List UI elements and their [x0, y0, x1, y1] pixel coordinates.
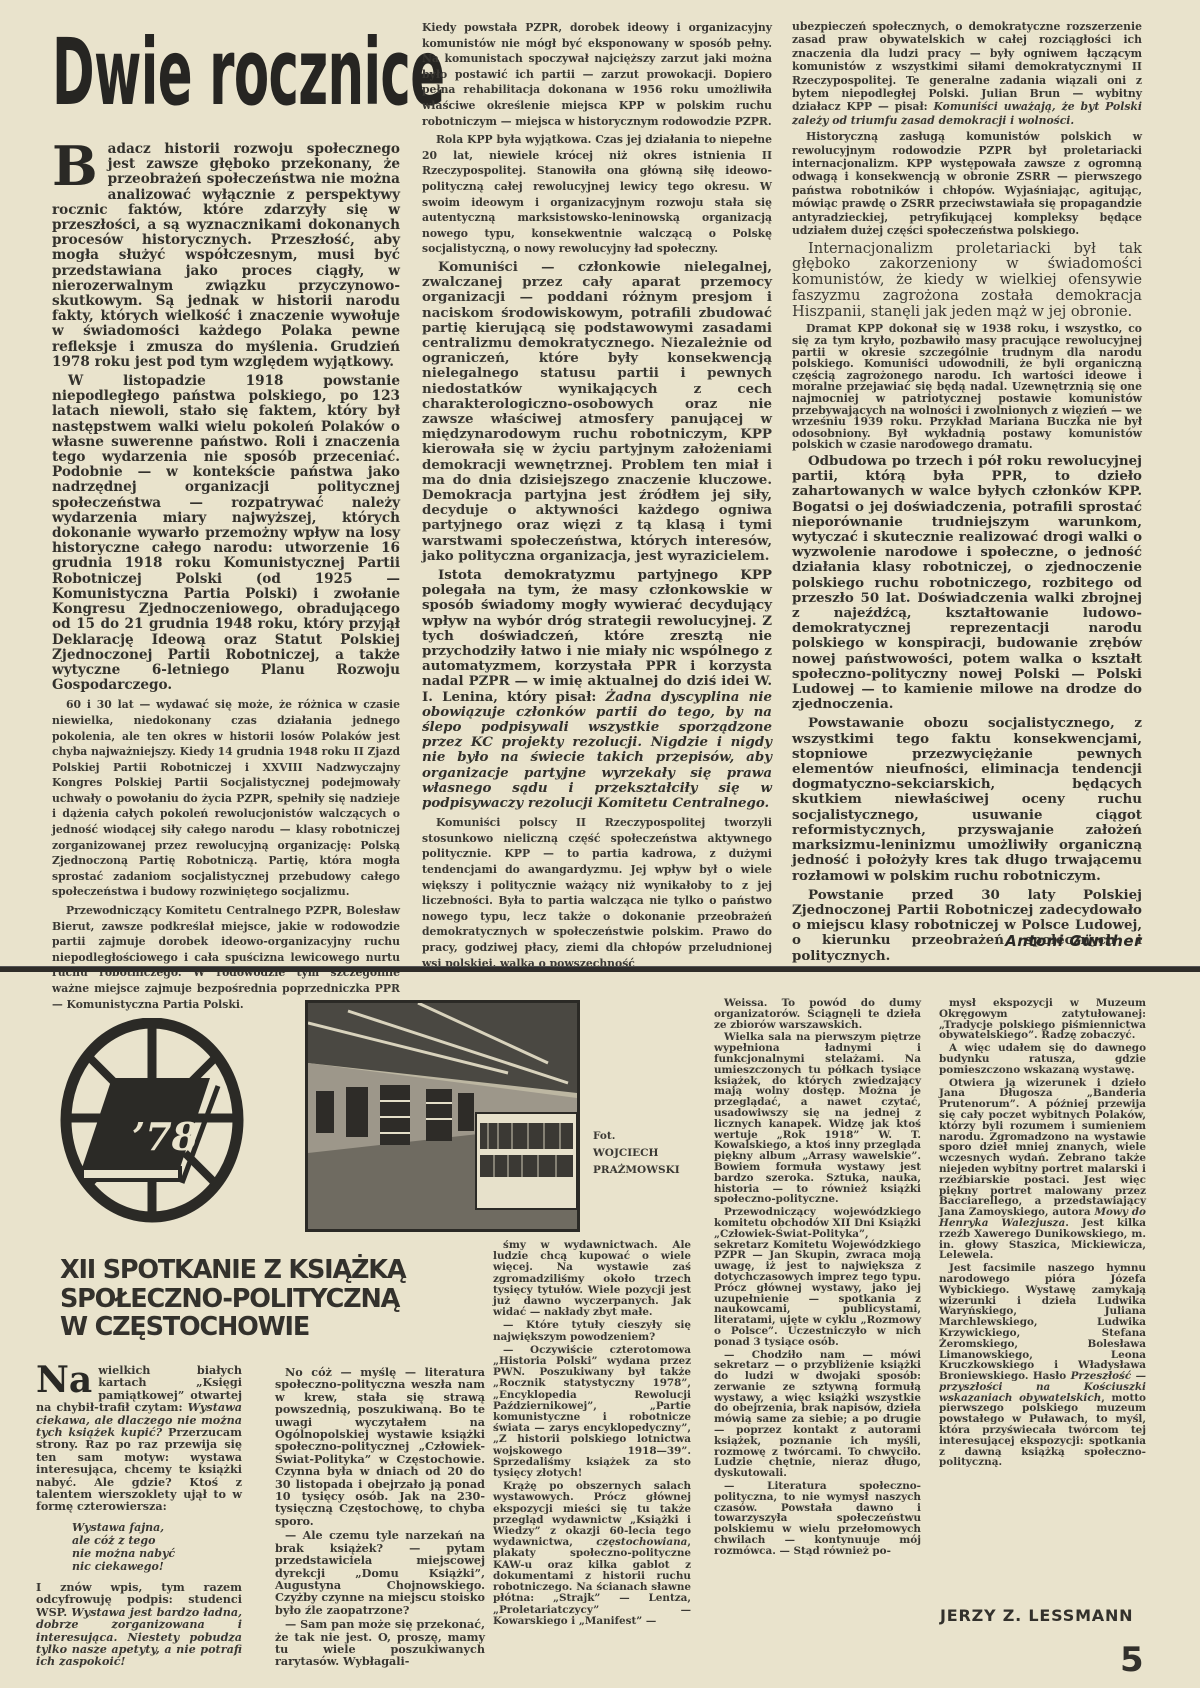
paragraph: Istota demokratyzmu partyjnego KPP poleg…	[422, 568, 772, 811]
paragraph: Powstanie przed 30 laty Polskiej Zjednoc…	[792, 888, 1142, 964]
lead-paragraph: Badacz historii rozwoju społecznego jest…	[52, 142, 400, 370]
bookshelves-photo-icon	[308, 1003, 577, 1229]
lenin-quote: Żadna dyscyplina nie obowiązuje członków…	[422, 689, 772, 811]
paragraph: Przewodniczący wojewódzkiego komitetu ob…	[714, 1207, 921, 1347]
paragraph: Komuniści polscy II Rzeczypospolitej two…	[422, 815, 772, 971]
paragraph: Powstawanie obozu socjalistycznego, z ws…	[792, 716, 1142, 883]
lead-paragraph: Nawielkich białych kartach „Księgi pamią…	[36, 1364, 242, 1513]
paragraph: Jest facsimile naszego hymnu narodowego …	[939, 1263, 1146, 1468]
paragraph: Dramat KPP dokonał się w 1938 roku, i ws…	[792, 323, 1142, 451]
exhibition-hall-photo	[305, 1000, 580, 1232]
book-globe-logo-icon: ’78	[50, 1018, 255, 1223]
paragraph: ubezpieczeń społecznych, o demokratyczne…	[792, 20, 1142, 127]
article-title: XII SPOTKANIE Z KSIĄŻKĄ SPOŁECZNO-POLITY…	[60, 1256, 500, 1342]
paragraph: Krążę po obszernych salach wystawowych. …	[493, 1481, 691, 1627]
photo-credit: Fot. WOJCIECH PRAŻMOWSKI	[593, 1128, 703, 1179]
article1-column-2: Kiedy powstała PZPR, dorobek ideowy i or…	[422, 20, 772, 974]
paragraph: 60 i 30 lat — wydawać się może, że różni…	[52, 697, 400, 900]
article1-column-3: ubezpieczeń społecznych, o demokratyczne…	[792, 20, 1142, 968]
paragraph: Otwiera ją wizerunek i dzieło Jana Długo…	[939, 1078, 1146, 1262]
paragraph: — Sam pan może się przekonać, że tak nie…	[275, 1618, 485, 1668]
paragraph: Kiedy powstała PZPR, dorobek ideowy i or…	[422, 20, 772, 129]
paragraph: Historyczną zasługą komunistów polskich …	[792, 130, 1142, 237]
author-signature: JERZY Z. LESSMANN	[940, 1606, 1150, 1625]
paragraph: mysł ekspozycji w Muzeum Okręgowym zatyt…	[939, 998, 1146, 1041]
paragraph: Odbudowa po trzech i pół roku rewolucyjn…	[792, 454, 1142, 712]
article2-column-3: śmy w wydawnictwach. Ale ludzie chcą kup…	[493, 1240, 691, 1629]
drop-cap: B	[52, 144, 98, 188]
paragraph: Wielka sala na pierwszym piętrze wypełni…	[714, 1032, 921, 1205]
article2-column-4: Weissa. To powód do dumy organizatorów. …	[714, 998, 921, 1559]
paragraph: Rola KPP była wyjątkowa. Czas jej działa…	[422, 132, 772, 257]
paragraph: Komuniści — członkowie nielegalnej, zwal…	[422, 260, 772, 564]
paragraph: W listopadzie 1918 powstanie niepodległe…	[52, 374, 400, 693]
article1-column-1: Badacz historii rozwoju społecznego jest…	[52, 142, 400, 1015]
paragraph: — Literatura społeczno-polityczna, to ni…	[714, 1481, 921, 1557]
author-signature: Antoni Günther	[880, 932, 1142, 950]
newspaper-page: Dwie rocznice Badacz historii rozwoju sp…	[0, 0, 1200, 1688]
paragraph: I znów wpis, tym razem odcyfrowuję podpi…	[36, 1581, 242, 1668]
paragraph: śmy w wydawnictwach. Ale ludzie chcą kup…	[493, 1240, 691, 1318]
page-number: 5	[1120, 1640, 1160, 1680]
paragraph: Przewodniczący Komitetu Centralnego PZPR…	[52, 903, 400, 1012]
paragraph: Weissa. To powód do dumy organizatorów. …	[714, 998, 921, 1030]
article2-column-2: No cóż — myślę — literatura społeczno-po…	[275, 1366, 485, 1670]
article2-column-5: mysł ekspozycji w Muzeum Okręgowym zatyt…	[939, 998, 1146, 1470]
drop-cap: Na	[36, 1365, 92, 1395]
guestbook-poem: Wystawa fajna, ale cóż z tego nie można …	[72, 1521, 242, 1573]
paragraph: — Ale czemu tyle narzekań na brak książe…	[275, 1529, 485, 1616]
article-title: Dwie rocznice	[52, 18, 266, 128]
paragraph: A więc udałem się do dawnego budynku rat…	[939, 1043, 1146, 1075]
svg-text:’78: ’78	[132, 1114, 198, 1159]
paragraph: — Chodziło nam — mówi sekretarz — o przy…	[714, 1350, 921, 1480]
section-divider	[0, 966, 1200, 972]
article2-column-1: Nawielkich białych kartach „Księgi pamią…	[36, 1364, 242, 1670]
paragraph: — Oczywiście czterotomowa „Historia Pols…	[493, 1345, 691, 1479]
paragraph: — Które tytuły cieszyły się największym …	[493, 1320, 691, 1342]
paragraph: Internacjonalizm proletariacki był tak g…	[792, 241, 1142, 320]
paragraph: No cóż — myślę — literatura społeczno-po…	[275, 1366, 485, 1527]
